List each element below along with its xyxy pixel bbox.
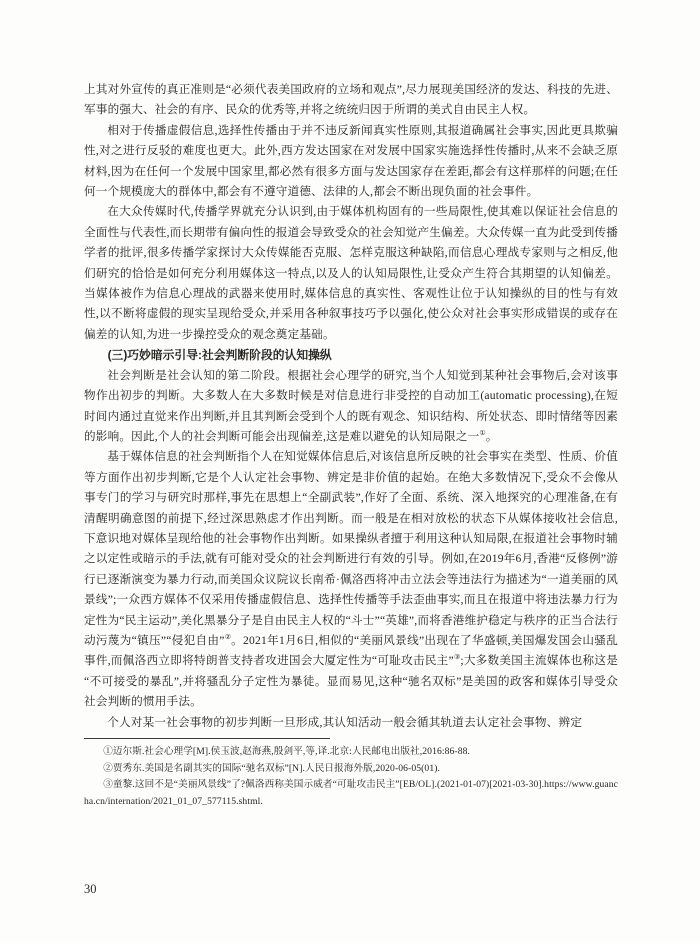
paragraph-mass-media: 在大众传媒时代,传播学界就充分认识到,由于媒体机构固有的一些局限性,使其难以保证… (84, 202, 618, 345)
paragraph-text: 基于媒体信息的社会判断指个人在知觉媒体信息后,对该信息所反映的社会事实在类型、性… (84, 450, 618, 647)
section-heading: (三)巧妙暗示引导:社会判断阶段的认知操纵 (84, 345, 618, 365)
footnote-2: ②贾秀东.美国是名副其实的国际“驰名双标”[N].人民日报海外版,2020-06… (84, 761, 618, 778)
paragraph-text: 社会判断是社会认知的第二阶段。根据社会心理学的研究,当个人知觉到某种社会事物后,… (84, 369, 618, 443)
footnote-separator-rule (84, 738, 330, 739)
paragraph-continuation: 上其对外宣传的真正准则是“必须代表美国政府的立场和观点”,尽力展现美国经济的发达… (84, 80, 618, 121)
paragraph-social-judgment: 社会判断是社会认知的第二阶段。根据社会心理学的研究,当个人知觉到某种社会事物后,… (84, 366, 618, 448)
footnote-1: ①迈尔斯.社会心理学[M].侯玉波,赵海燕,殷剑平,等,译.北京:人民邮电出版社… (84, 744, 618, 761)
footnotes-section: ①迈尔斯.社会心理学[M].侯玉波,赵海燕,殷剑平,等,译.北京:人民邮电出版社… (84, 738, 618, 810)
paragraph-selective-spread: 相对于传播虚假信息,选择性传播由于并不违反新闻真实性原则,其报道确属社会事实,因… (84, 121, 618, 203)
text-block: 上其对外宣传的真正准则是“必须代表美国政府的立场和观点”,尽力展现美国经济的发达… (84, 80, 618, 810)
footnote-3: ③童黎.这回不是“美丽风景线”了?佩洛西称美国示威者“可耻攻击民主”[EB/OL… (84, 777, 618, 810)
paragraph-last-partial: 个人对某一社会事物的初步判断一旦形成,其认知活动一般会循其轨道去认定社会事物、辨… (84, 713, 618, 733)
book-page: 上其对外宣传的真正准则是“必须代表美国政府的立场和观点”,尽力展现美国经济的发达… (0, 0, 700, 943)
paragraph-media-judgment: 基于媒体信息的社会判断指个人在知觉媒体信息后,对该信息所反映的社会事实在类型、性… (84, 447, 618, 712)
paragraph-text: 。 (486, 430, 498, 443)
page-number: 30 (84, 882, 97, 897)
